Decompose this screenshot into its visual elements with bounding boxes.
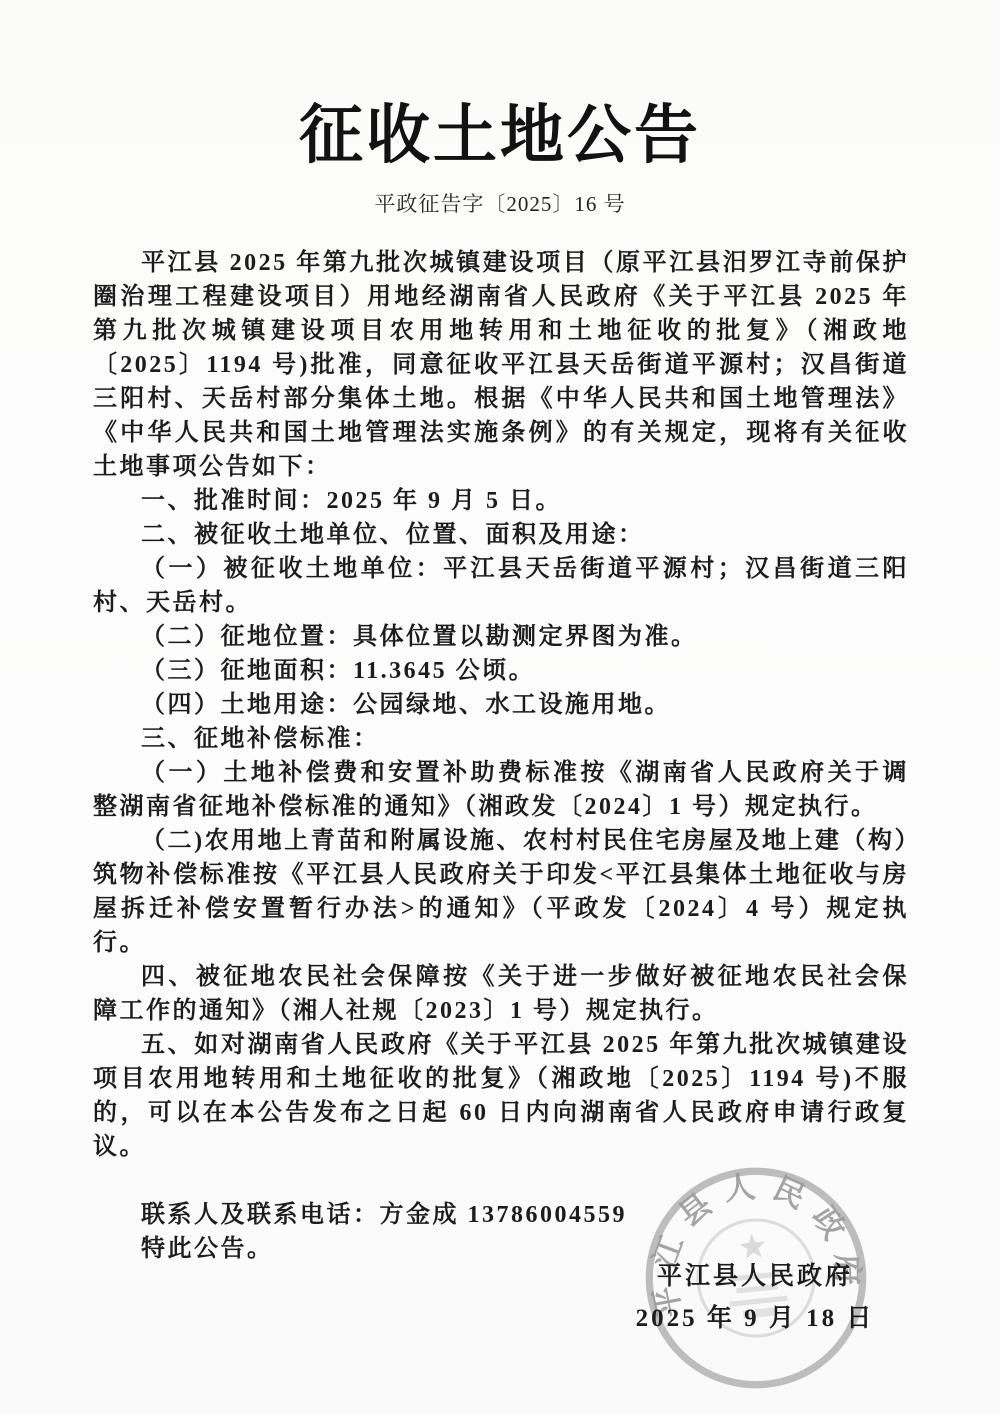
- body-paragraph: 二、被征收土地单位、位置、面积及用途：: [93, 518, 909, 552]
- announcement-page: 征收土地公告 平政征告字〔2025〕16 号 平江县 2025 年第九批次城镇建…: [0, 0, 1000, 1414]
- body-paragraph: 平江县 2025 年第九批次城镇建设项目（原平江县汨罗江寺前保护圈治理工程建设项…: [93, 246, 909, 484]
- body-paragraph: （四）土地用途：公园绿地、水工设施用地。: [93, 688, 909, 722]
- body-paragraph: （一）被征收土地单位：平江县天岳街道平源村；汉昌街道三阳村、天岳村。: [93, 552, 909, 620]
- body-paragraph: （二）征地位置：具体位置以勘测定界图为准。: [93, 620, 909, 654]
- body-paragraph: 五、如对湖南省人民政府《关于平江县 2025 年第九批次城镇建设项目农用地转用和…: [93, 1028, 909, 1164]
- issuer-name: 平江县人民政府: [555, 1256, 955, 1298]
- issue-date: 2025 年 9 月 18 日: [555, 1298, 955, 1340]
- doc-number: 平政征告字〔2025〕16 号: [0, 188, 1000, 218]
- body-paragraph: （三）征地面积：11.3645 公顷。: [93, 654, 909, 688]
- signature-block: 平江县人民政府 2025 年 9 月 18 日: [555, 1256, 955, 1340]
- page-title: 征收土地公告: [0, 84, 1000, 176]
- body-paragraph: （二)农用地上青苗和附属设施、农村村民住宅房屋及地上建（构）筑物补偿标准按《平江…: [93, 824, 909, 960]
- body-paragraph: 三、征地补偿标准：: [93, 722, 909, 756]
- body-paragraph: 四、被征地农民社会保障按《关于进一步做好被征地农民社会保障工作的通知》（湘人社规…: [93, 960, 909, 1028]
- body-paragraph: 一、批准时间：2025 年 9 月 5 日。: [93, 484, 909, 518]
- body-paragraph: （一）土地补偿费和安置补助费标准按《湖南省人民政府关于调整湖南省征地补偿标准的通…: [93, 756, 909, 824]
- announcement-body: 平江县 2025 年第九批次城镇建设项目（原平江县汨罗江寺前保护圈治理工程建设项…: [93, 246, 909, 1266]
